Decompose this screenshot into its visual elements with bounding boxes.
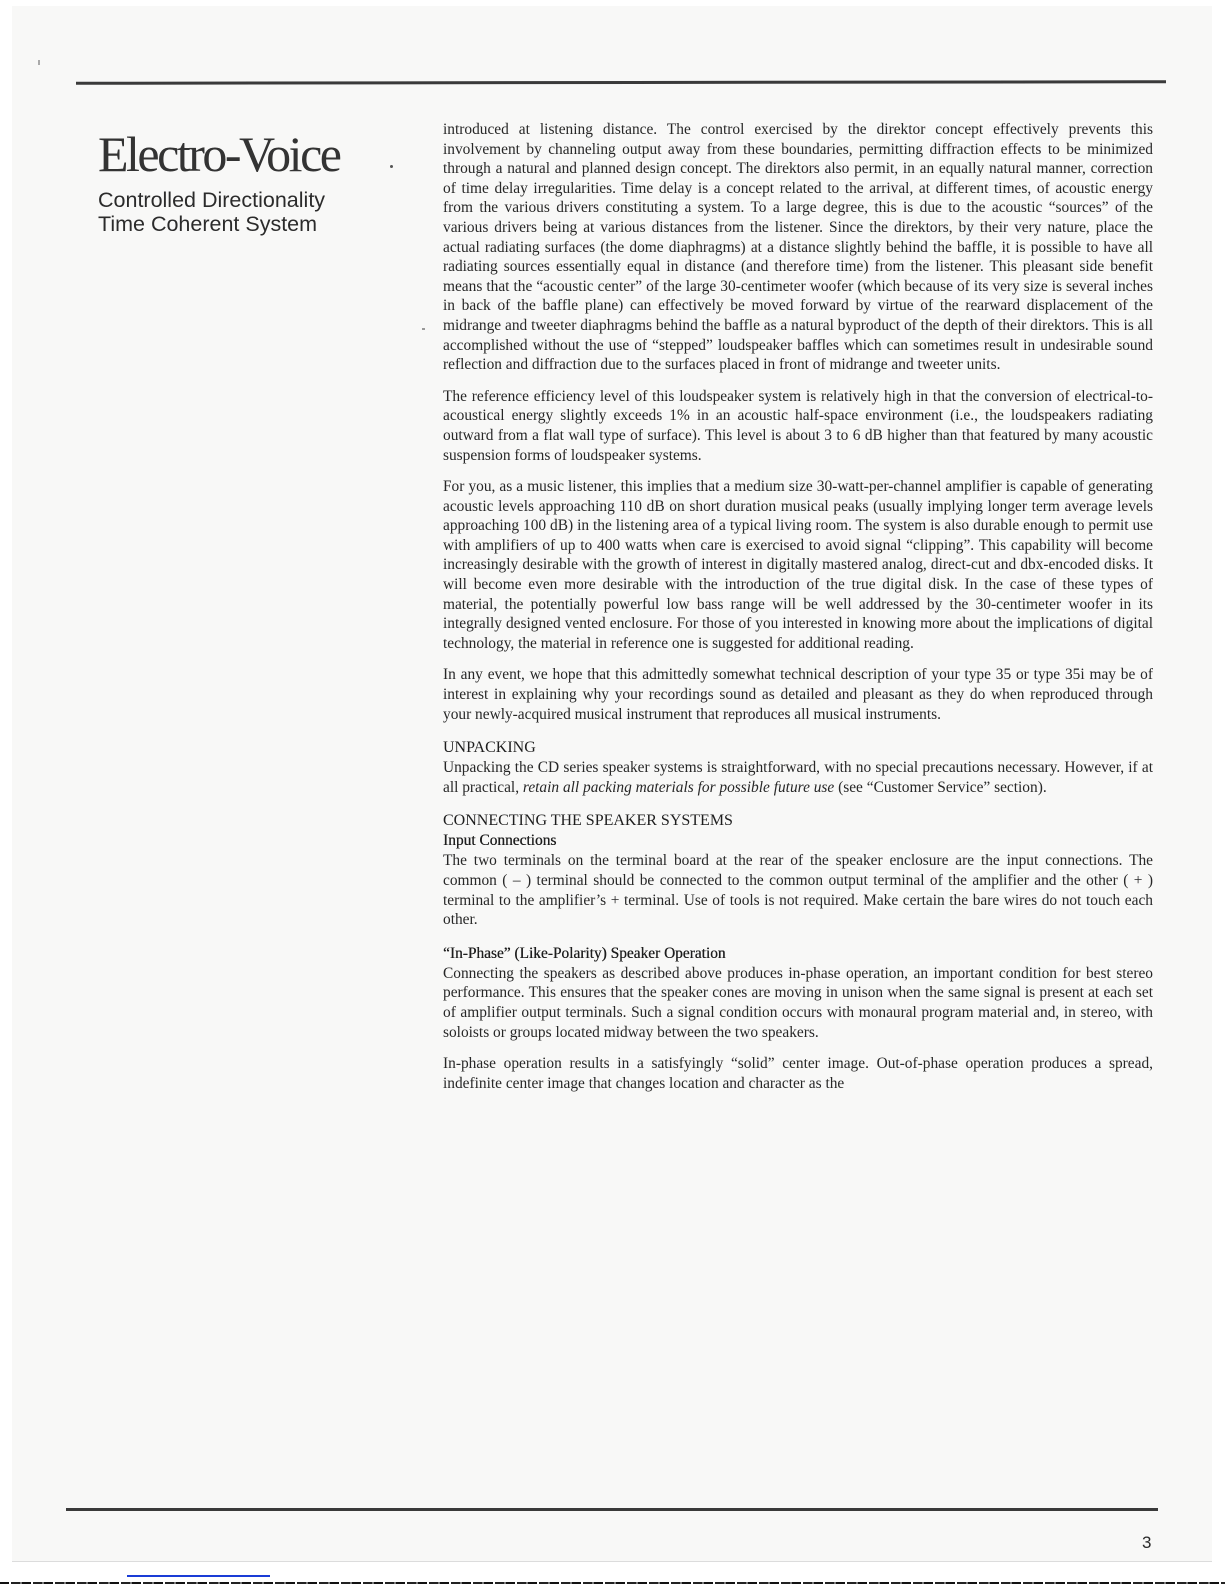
brand-subtitle-line2: Time Coherent System <box>98 212 418 236</box>
page-number: 3 <box>1142 1533 1151 1553</box>
paragraph-music-listener: For you, as a music listener, this impli… <box>443 477 1153 653</box>
brand-subtitle: Controlled Directionality Time Coherent … <box>98 188 418 236</box>
brand-logo: Electro-Voice <box>98 129 418 179</box>
brand-dot <box>390 165 393 168</box>
paragraph-in-any-event: In any event, we hope that this admitted… <box>443 665 1153 724</box>
paragraph-in-phase-result: In-phase operation results in a satisfyi… <box>443 1054 1153 1093</box>
unpacking-text-after: (see “Customer Service” section). <box>834 779 1046 796</box>
paragraph-input-connections: The two terminals on the terminal board … <box>443 851 1153 929</box>
paragraph-in-phase: Connecting the speakers as described abo… <box>443 964 1153 1042</box>
brand-block: Electro-Voice Controlled Directionality … <box>98 129 418 236</box>
scan-artifact-blue-line <box>127 1575 270 1577</box>
brand-subtitle-line1: Controlled Directionality <box>98 188 418 212</box>
subheading-input-connections: Input Connections <box>443 831 1153 851</box>
heading-unpacking: UNPACKING <box>443 738 1153 758</box>
heading-connecting: CONNECTING THE SPEAKER SYSTEMS <box>443 811 1153 831</box>
document-page: Electro-Voice Controlled Directionality … <box>12 6 1212 1562</box>
paragraph-unpacking: Unpacking the CD series speaker systems … <box>443 758 1153 797</box>
unpacking-text-italic: retain all packing materials for possibl… <box>523 779 834 796</box>
bottom-rule <box>66 1508 1158 1511</box>
subheading-in-phase: “In-Phase” (Like-Polarity) Speaker Opera… <box>443 944 1153 964</box>
paragraph-efficiency: The reference efficiency level of this l… <box>443 387 1153 465</box>
paragraph-direktors: introduced at listening distance. The co… <box>443 120 1153 375</box>
body-column: introduced at listening distance. The co… <box>443 120 1153 1105</box>
top-rule <box>76 80 1166 85</box>
scan-speck <box>38 60 40 65</box>
scan-artifact-dashed-line <box>0 1582 1225 1584</box>
scan-speck <box>422 328 425 330</box>
